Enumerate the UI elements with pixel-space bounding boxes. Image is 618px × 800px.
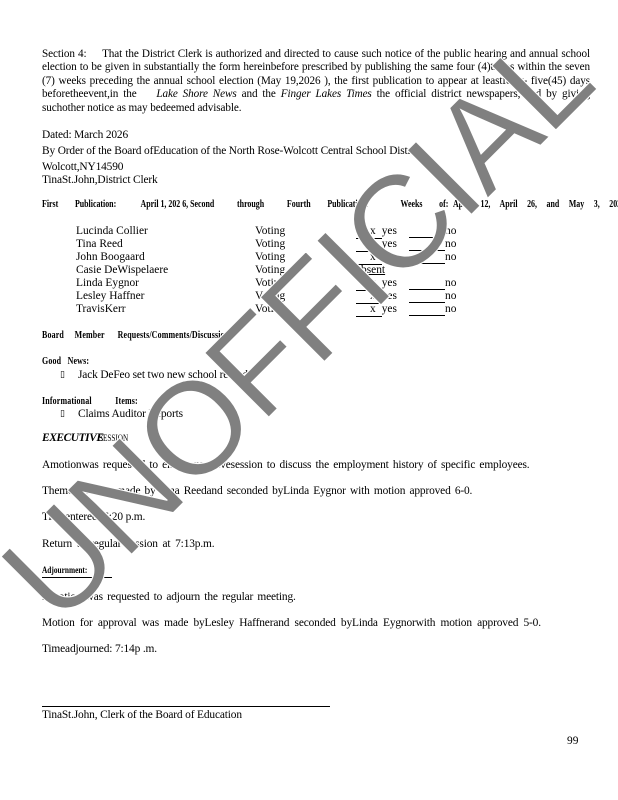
pub-word: First <box>42 199 58 210</box>
adjournment-heading-text: Adjournment: <box>42 565 87 577</box>
adjournment-heading: Adjournment: <box>42 565 112 578</box>
exec-motion: Amotionwas requested to enter executives… <box>42 459 530 472</box>
pub-dates: April 12, April 26, and May 3, 202 6 <box>453 199 618 210</box>
adjourn-motion: Amotion was requested to adjourn the reg… <box>42 591 296 604</box>
no-vote: no <box>409 238 456 251</box>
section-4-label: Section 4: <box>42 48 87 60</box>
document-page: Section 4: That the District Clerk is au… <box>0 0 618 800</box>
return-to-regular: Return to regular session at 7:13p.m. <box>42 538 214 551</box>
publication-line: FirstPublication:April 1, 202 6, Secondt… <box>42 199 618 211</box>
dated-line: Dated: March 2026 <box>42 129 128 142</box>
adjourn-approval: Motion for approval was made byLesley Ha… <box>42 617 541 630</box>
bullet-icon: ▯ <box>60 369 65 382</box>
no-vote: no <box>409 277 456 290</box>
bullet-icon: ▯ <box>60 408 65 421</box>
member-name: Lesley Haffner <box>76 290 144 303</box>
member-name: John Boogaard <box>76 251 145 264</box>
heading-word: News: <box>68 356 90 367</box>
member-status: Voting <box>255 264 285 277</box>
member-name: Linda Eygnor <box>76 277 139 290</box>
member-name: Casie DeWispelaere <box>76 264 168 277</box>
section-4-connector: and the <box>242 88 276 100</box>
exec-made-by: Themotion was made by Tina Reedand secon… <box>42 485 472 498</box>
member-status: Voting <box>255 290 285 303</box>
pub-word: through <box>237 199 264 210</box>
no-label: no <box>445 290 456 302</box>
yes-vote: xyes <box>356 251 404 265</box>
newspaper-lake-shore-news: Lake Shore News <box>156 88 236 100</box>
member-name: TravisKerr <box>76 303 126 316</box>
no-blank <box>409 304 445 316</box>
yes-label: yes <box>382 277 397 289</box>
pub-word: Weeks <box>401 199 423 210</box>
no-label: no <box>445 277 456 289</box>
no-vote: no <box>409 303 456 316</box>
yes-label: yes <box>382 238 397 250</box>
yes-label: yes <box>382 251 397 263</box>
member-status: Voting <box>255 251 285 264</box>
pub-word: Publication: <box>327 199 368 210</box>
exec-heading-a: EXECUTIVE <box>42 432 104 444</box>
no-blank <box>409 291 445 303</box>
pub-first-date: April 1, 202 6, Second <box>141 199 215 210</box>
executive-session-heading: EXECUTIVESESSION: <box>42 432 156 445</box>
no-blank <box>409 239 445 251</box>
heading-word: Board <box>42 330 64 341</box>
yes-vote: xyes <box>356 303 404 317</box>
no-vote: no <box>409 251 456 264</box>
pub-word: Fourth <box>287 199 311 210</box>
no-vote: no <box>409 225 456 238</box>
heading-word: Good <box>42 356 61 367</box>
address-line: Wolcott,NY14590 <box>42 161 123 174</box>
good-news-heading: Good News: <box>42 356 89 368</box>
member-status: Voting <box>255 225 285 238</box>
exec-heading-b: SESSION <box>99 432 128 445</box>
heading-word: Informational <box>42 396 92 407</box>
no-blank <box>409 278 445 290</box>
no-label: no <box>445 225 456 237</box>
informational-items-heading: Informational Items: <box>42 396 138 408</box>
yes-vote: xyes <box>356 225 404 239</box>
heading-word: Member <box>75 330 105 341</box>
page-number: 99 <box>567 735 578 747</box>
member-status: Voting <box>255 303 285 316</box>
heading-word: Requests/Comments/Discussion: <box>118 330 232 341</box>
no-label: no <box>445 251 456 263</box>
member-status: Voting <box>255 277 285 290</box>
no-vote: no <box>409 290 456 303</box>
absent-mark: absent <box>356 264 385 277</box>
informational-item: Claims Auditor Reports <box>78 408 183 421</box>
board-requests-heading: Board Member Requests/Comments/Discussio… <box>42 330 232 342</box>
by-order-line: By Order of the Board ofEducation of the… <box>42 145 422 158</box>
exec-heading-colon: : <box>153 432 156 444</box>
district-clerk-line: TinaSt.John,District Clerk <box>42 174 158 187</box>
signature-line <box>42 706 330 707</box>
section-4-paragraph: Section 4: That the District Clerk is au… <box>42 48 590 115</box>
member-name: Lucinda Collier <box>76 225 148 238</box>
yes-label: yes <box>382 290 397 302</box>
yes-label: yes <box>382 225 397 237</box>
member-status: Voting <box>255 238 285 251</box>
no-label: no <box>445 238 456 250</box>
yes-vote: xyes <box>356 277 404 291</box>
member-name: Tina Reed <box>76 238 123 251</box>
yes-label: yes <box>382 303 397 315</box>
yes-vote: xyes <box>356 238 404 252</box>
no-label: no <box>445 303 456 315</box>
yes-vote: xyes <box>356 290 404 304</box>
yes-blank <box>356 305 370 317</box>
no-blank <box>409 252 445 264</box>
signature-label: TinaSt.John, Clerk of the Board of Educa… <box>42 709 242 722</box>
newspaper-finger-lakes-times: Finger Lakes Times <box>281 88 372 100</box>
no-blank <box>409 226 445 238</box>
pub-word: Publication: <box>75 199 116 210</box>
time-entered: Timeentered: 6:20 p.m. <box>42 511 145 524</box>
pub-word: of: <box>439 199 448 210</box>
heading-word: Items: <box>115 396 138 407</box>
time-adjourned: Timeadjourned: 7:14p .m. <box>42 643 157 656</box>
good-news-item: Jack DeFeo set two new school records <box>78 369 252 382</box>
